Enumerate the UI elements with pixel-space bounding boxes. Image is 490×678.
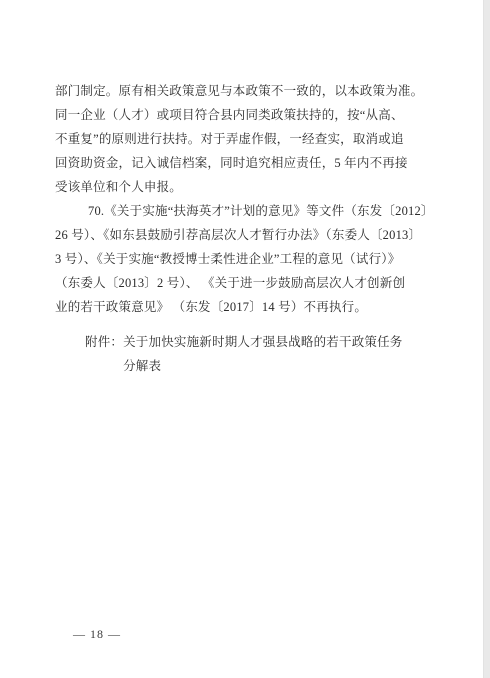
body-text-line: 部门制定。原有相关政策意见与本政策不一致的，以本政策为准。 xyxy=(55,79,435,103)
attachment-note: 附件： 关于加快实施新时期人才强县战略的若干政策任务 分解表 xyxy=(85,330,403,378)
page-number: — 18 — xyxy=(73,626,121,642)
body-text-line: 不重复”的原则进行扶持。对于弄虚作假，一经查实，取消或追 xyxy=(55,127,435,151)
document-body: 部门制定。原有相关政策意见与本政策不一致的，以本政策为准。同一企业（人才）或项目… xyxy=(55,79,435,319)
body-text-line: 26 号）、《如东县鼓励引荐高层次人才暂行办法》（东委人〔2013〕 xyxy=(55,223,435,247)
body-text-line: 业的若干政策意见》 （东发〔2017〕14 号）不再执行。 xyxy=(55,295,435,319)
body-text-line: 70.《关于实施“扶海英才”计划的意见》等文件（东发〔2012〕 xyxy=(55,199,435,223)
attachment-title: 关于加快实施新时期人才强县战略的若干政策任务 分解表 xyxy=(123,330,402,378)
attachment-title-line: 关于加快实施新时期人才强县战略的若干政策任务 xyxy=(123,330,402,354)
body-text-line: 回资助资金，记入诚信档案，同时追究相应责任，5 年内不再接 xyxy=(55,151,435,175)
body-text-line: （东委人〔2013〕2 号）、 《关于进一步鼓励高层次人才创新创 xyxy=(55,271,435,295)
attachment-label: 附件： xyxy=(85,330,123,354)
attachment-title-line: 分解表 xyxy=(123,354,402,378)
body-text-line: 同一企业（人才）或项目符合县内同类政策扶持的，按“从高、 xyxy=(55,103,435,127)
document-page: 部门制定。原有相关政策意见与本政策不一致的，以本政策为准。同一企业（人才）或项目… xyxy=(0,0,490,678)
body-text-line: 3 号）、《关于实施“教授博士柔性进企业”工程的意见（试行）》 xyxy=(55,247,435,271)
body-text-line: 受该单位和个人申报。 xyxy=(55,175,435,199)
scan-edge-shadow xyxy=(483,0,490,678)
